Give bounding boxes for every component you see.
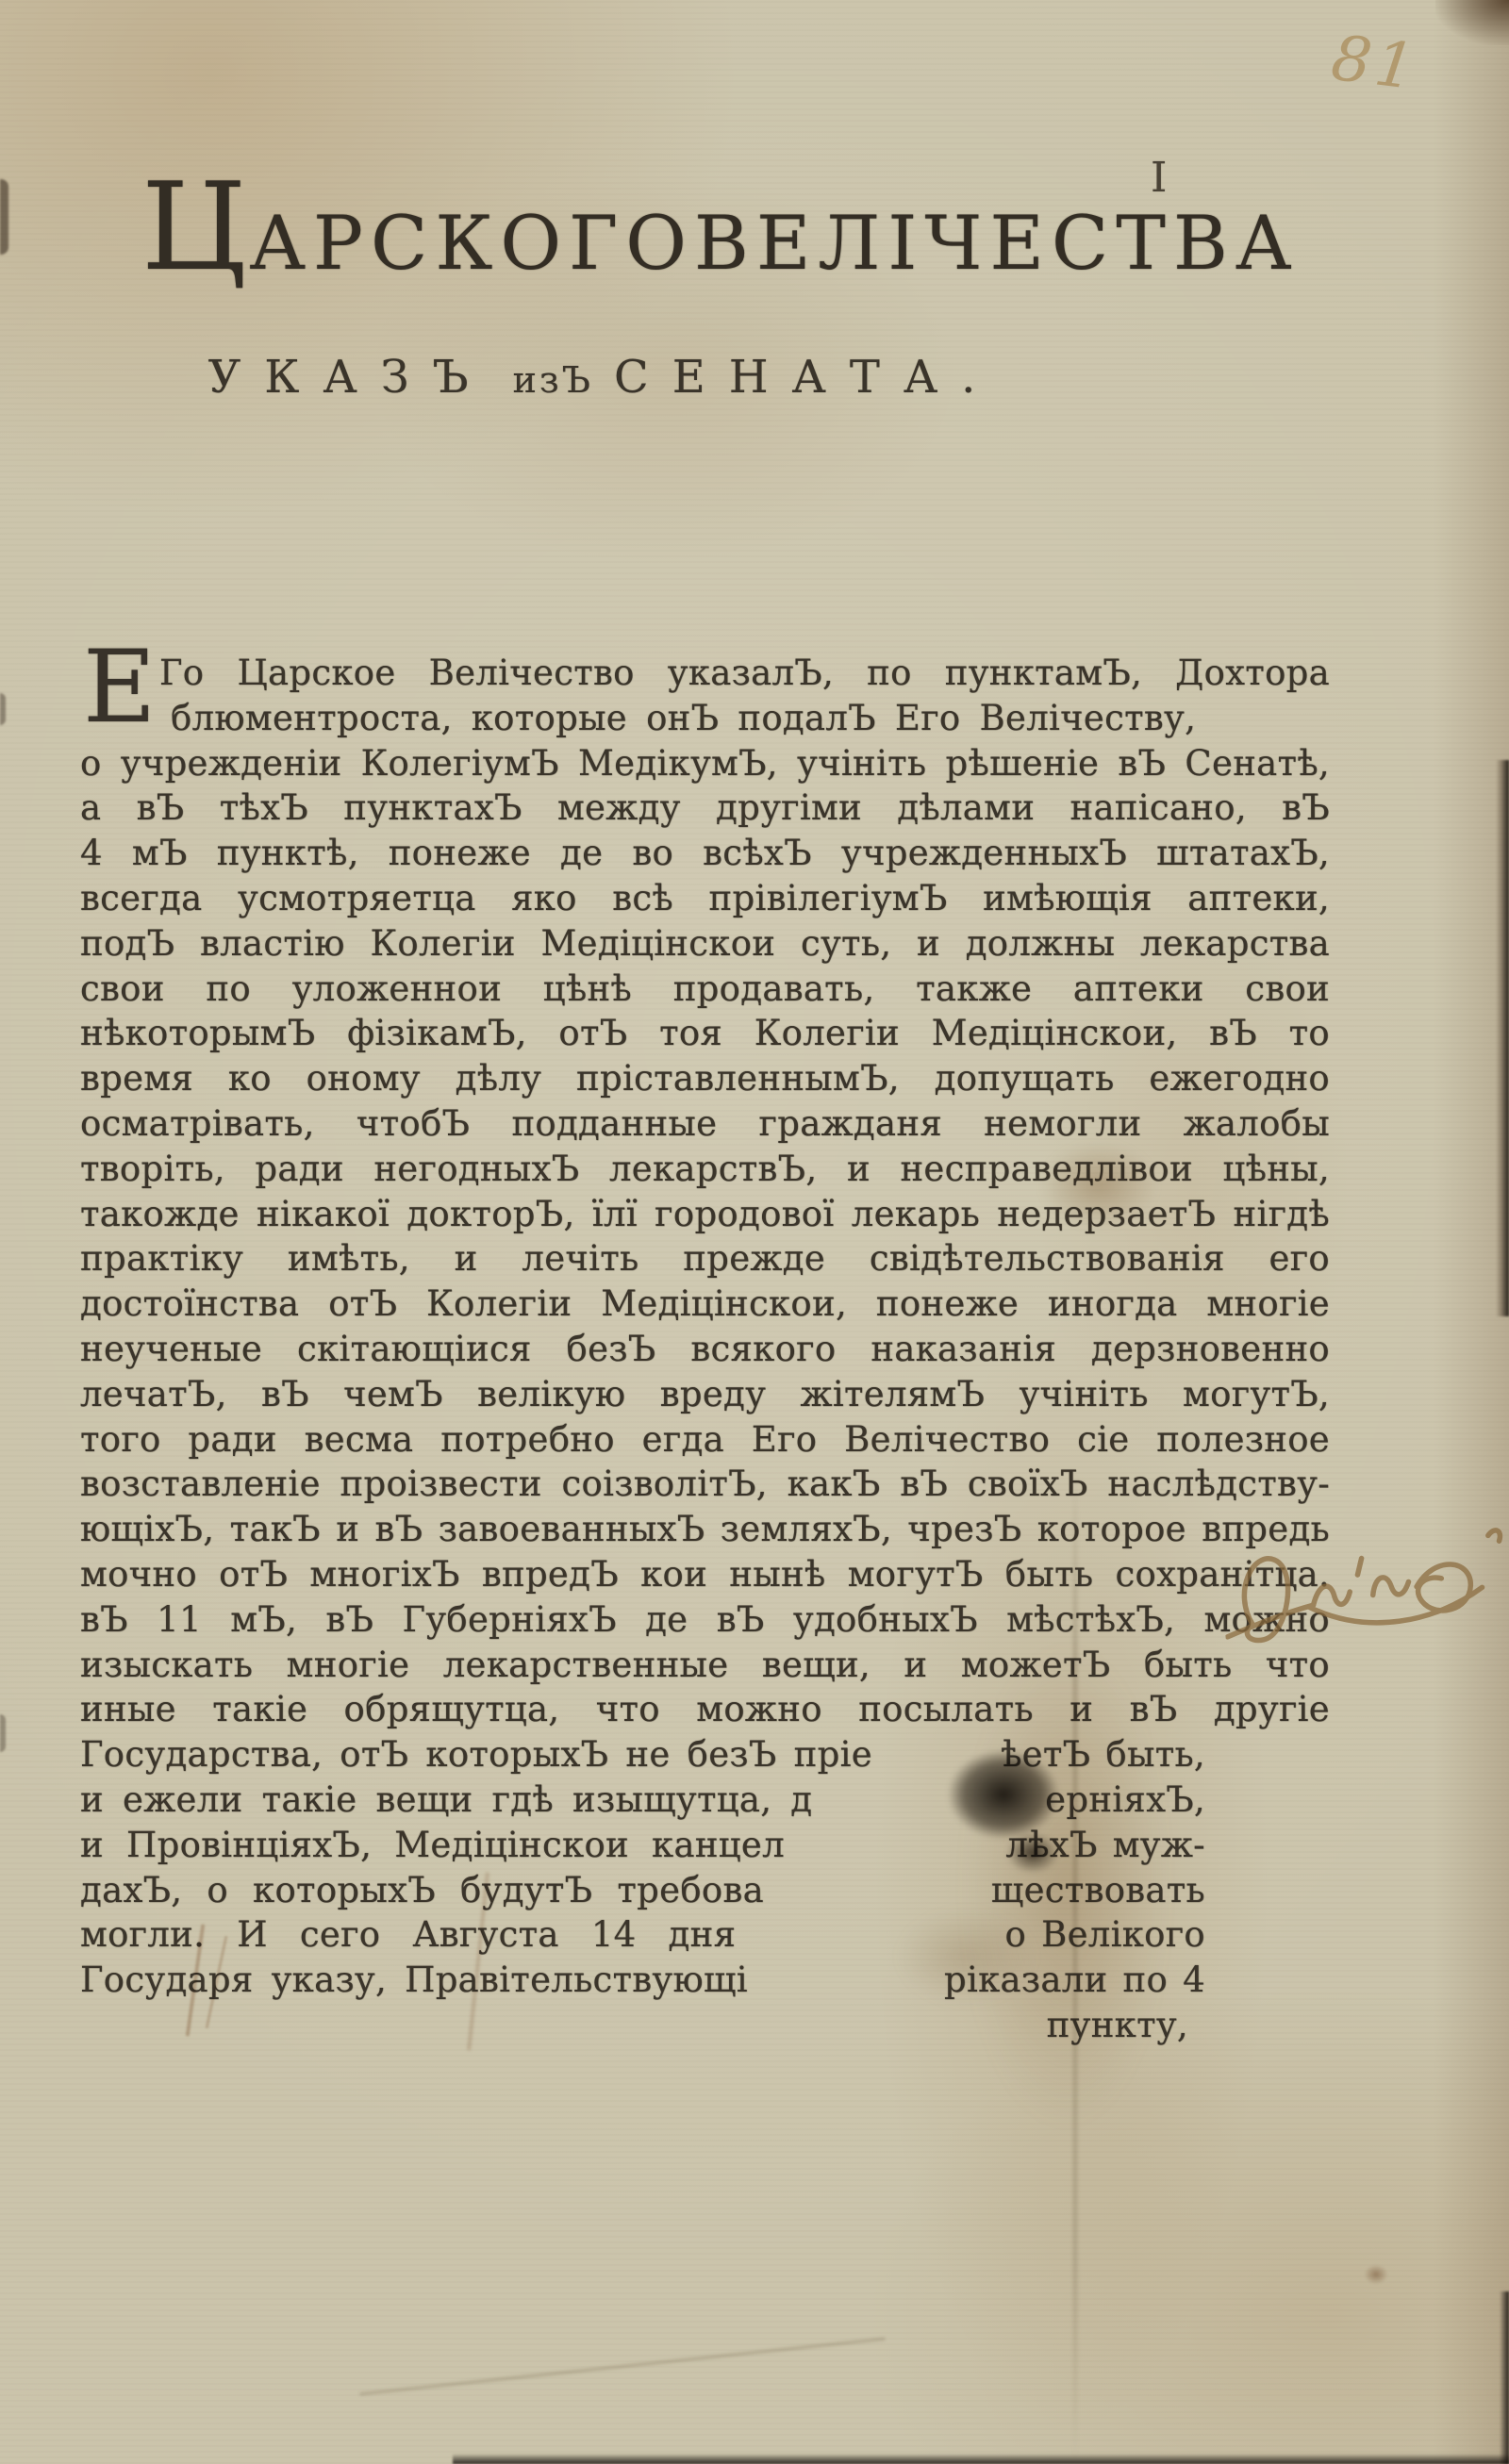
scan-edge-shadow (1496, 760, 1509, 1316)
title-initial: Ц (141, 157, 249, 298)
body-line: Го Царское Велічество указалЪ, по пункта… (80, 651, 1330, 696)
body-line: и ежели такіе вещи гдѣ изыщутца, дерніях… (80, 1778, 1330, 1823)
scan-edge-shadow (453, 2454, 1509, 2464)
scanned-decree-page: 81 I ЦАРСКОГО ВЕЛІЧЕСТВА УКАЗЪизЪСЕНАТА.… (0, 0, 1509, 2464)
body-line: пункту, (80, 2003, 1330, 2048)
subtitle-senata: СЕНАТА. (614, 351, 999, 404)
title-word-velichestva: ВЕЛІЧЕСТВА (694, 200, 1300, 287)
body-line: Государя указу, Правітельствующіріказали… (80, 1958, 1330, 2003)
body-line: осматрівать, чтобЪ подданные гражданя не… (80, 1101, 1330, 1147)
body-line: время ко оному дѣлу пріставленнымЪ, допу… (80, 1056, 1330, 1101)
page-number: I (1151, 154, 1167, 202)
decree-title: ЦАРСКОГО ВЕЛІЧЕСТВА (141, 200, 1094, 287)
body-lines: Го Царское Велічество указалЪ, по пункта… (80, 651, 1330, 2048)
body-line: возставленіе проізвести соізволітЪ, какЪ… (80, 1462, 1330, 1507)
body-line: того ради весма потребно егда Его Веліче… (80, 1417, 1330, 1463)
body-line: а вЪ тѣхЪ пунктахЪ между другіми дѣлами … (80, 786, 1330, 831)
body-line: иные такіе обрящутца, что можно посылать… (80, 1687, 1330, 1732)
handwritten-folio-number: 81 (1328, 22, 1423, 105)
scan-edge-shadow (0, 179, 8, 255)
body-line: 4 мЪ пунктѣ, понеже де во всѣхЪ учрежден… (80, 831, 1330, 876)
body-line: достоїнства отЪ Колегіи Медіцінскои, пон… (80, 1282, 1330, 1327)
handwritten-marginalia (1215, 1505, 1509, 1690)
body-text: Го Царское Велічество указалЪ, по пункта… (80, 651, 1330, 2048)
subtitle-iz: изЪ (513, 359, 593, 401)
body-line: вЪ 11 мЪ, вЪ ГуберніяхЪ де вЪ удобныхЪ м… (80, 1597, 1330, 1643)
body-line: неученые скітающіися безЪ всякого наказа… (80, 1327, 1330, 1372)
body-line: всегда усмотряетца яко всѣ прівілегіумЪ … (80, 876, 1330, 921)
body-line: о учрежденіи КолегіумЪ МедікумЪ, учініть… (80, 741, 1330, 786)
title-word-tsarskogo: ЦАРСКОГО (141, 200, 694, 287)
scan-edge-shadow (1500, 2291, 1509, 2464)
body-line: такожде нікакої докторЪ, їлї городової л… (80, 1192, 1330, 1237)
body-line: могли. И сего Августа 14 дняо Велікого (80, 1912, 1330, 1958)
body-line: творіть, ради негодныхЪ лекарствЪ, и нес… (80, 1147, 1330, 1192)
scan-edge-shadow (0, 1714, 6, 1752)
body-line: нѣкоторымЪ фізікамЪ, отЪ тоя Колегіи Мед… (80, 1011, 1330, 1056)
body-line: мочно отЪ многіхЪ впредЪ кои нынѣ могутЪ… (80, 1552, 1330, 1597)
body-line: и ПровінціяхЪ, Медіцінскои канцеллѣхЪ му… (80, 1823, 1330, 1868)
body-line: свои по уложеннои цѣнѣ продавать, также … (80, 967, 1330, 1012)
decree-subtitle: УКАЗЪизЪСЕНАТА. (0, 351, 1207, 404)
body-line: подЪ властію Колегіи Медіцінскои суть, и… (80, 921, 1330, 967)
paper-crease (359, 2338, 885, 2396)
body-line: практіку имѣть, и лечіть прежде свідѣтел… (80, 1236, 1330, 1282)
scan-edge-shadow (1435, 0, 1509, 45)
body-line: изыскать многіе лекарственные вещи, и мо… (80, 1643, 1330, 1688)
body-line: дахЪ, о которыхЪ будутЪ требоваществоват… (80, 1868, 1330, 1913)
body-line: лечатЪ, вЪ чемЪ велікую вреду жітелямЪ у… (80, 1372, 1330, 1417)
rust-spot (1360, 2261, 1392, 2288)
body-line: Государства, отЪ которыхЪ не безЪ пріеѣе… (80, 1732, 1330, 1778)
body-line: блюментроста, которые онЪ подалЪ Его Вел… (80, 696, 1330, 741)
body-line: ющіхЪ, такЪ и вЪ завоеванныхЪ земляхЪ, ч… (80, 1507, 1330, 1552)
subtitle-ukaz: УКАЗЪ (208, 351, 492, 404)
scan-edge-shadow (0, 693, 6, 725)
